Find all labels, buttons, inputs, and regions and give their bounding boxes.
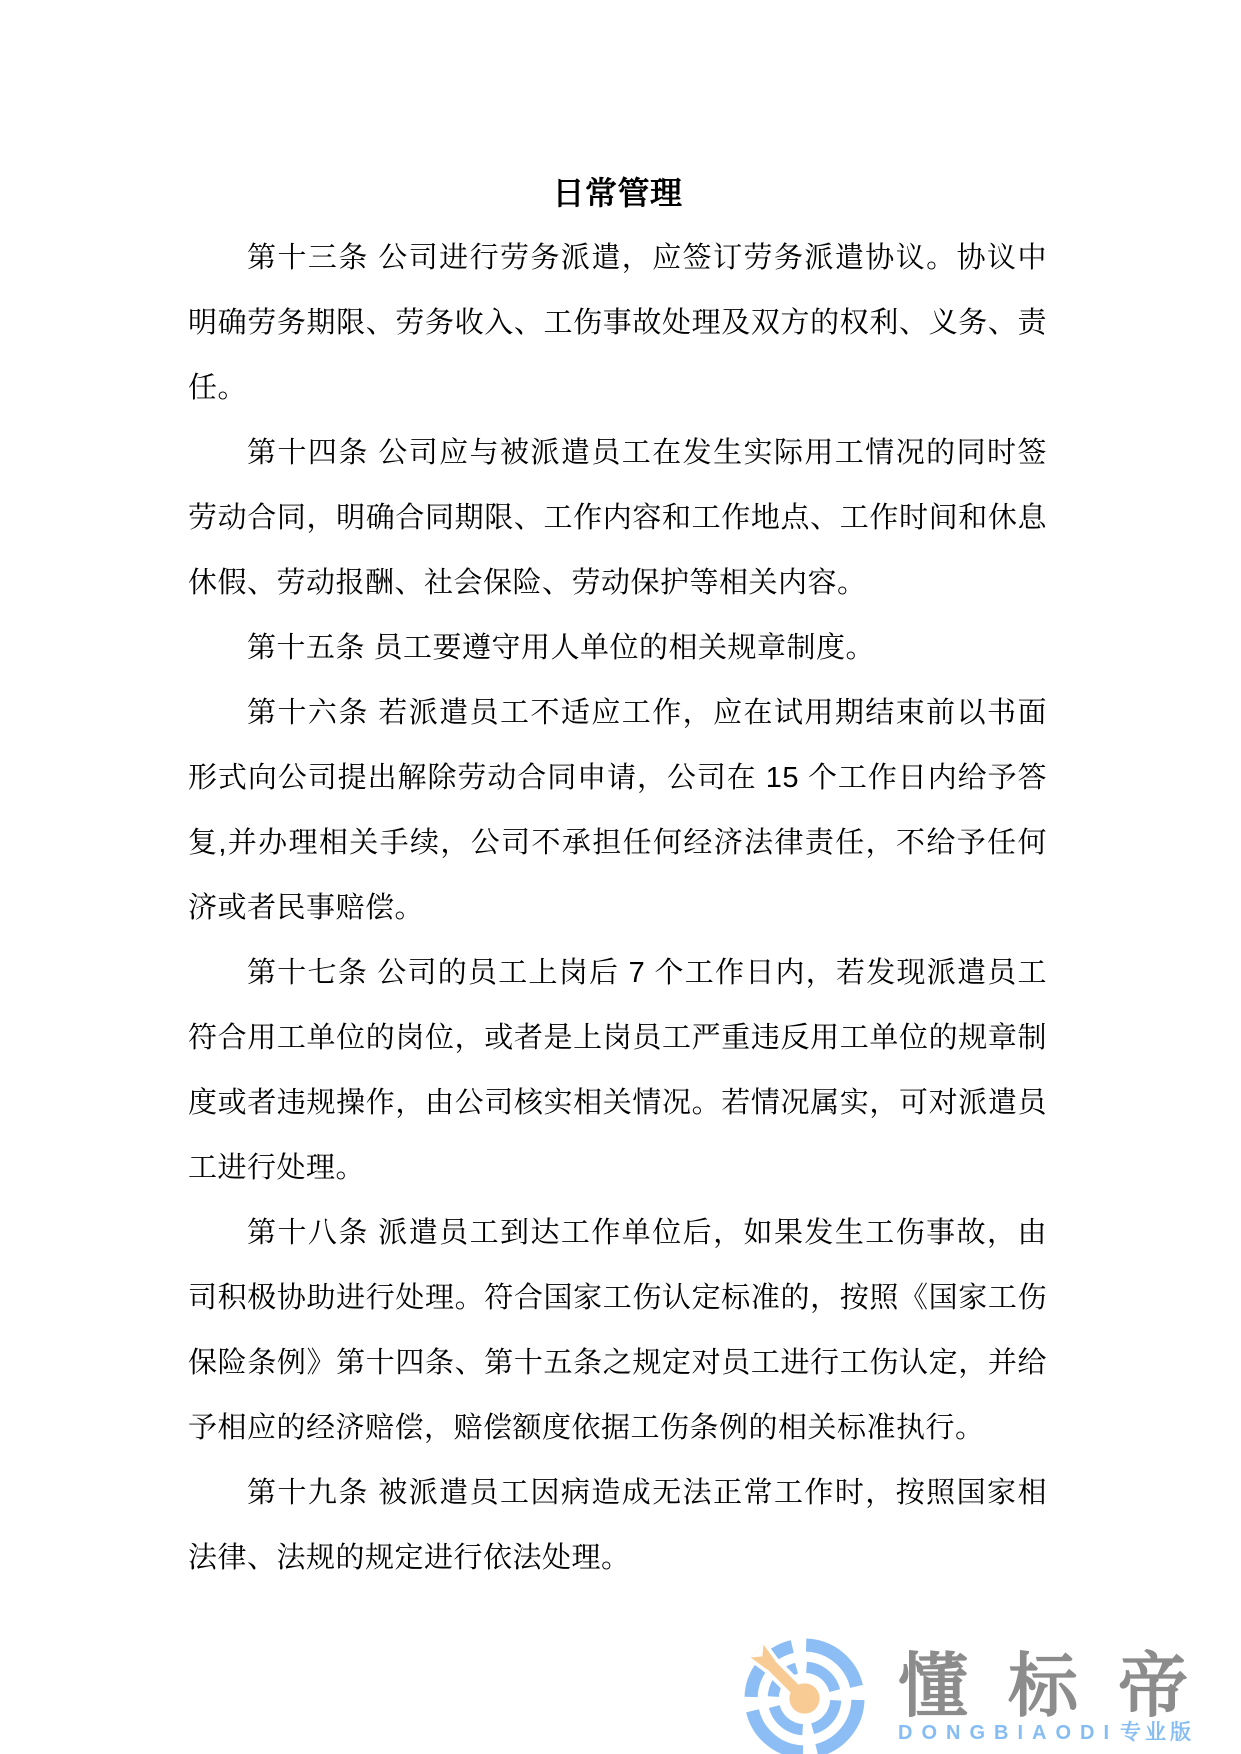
- article-line: 符合用工单位的岗位，或者是上岗员工严重违反用工单位的规章制: [188, 1006, 1047, 1071]
- article-line: 保险条例》第十四条、第十五条之规定对员工进行工伤认定，并给: [188, 1331, 1047, 1396]
- article-line: 任。: [188, 356, 1047, 421]
- document-page: 日常管理 第十三条 公司进行劳务派遣，应签订劳务派遣协议。协议中应明确劳务期限、…: [0, 0, 1241, 1754]
- watermark-edition: 专业版: [1120, 1722, 1195, 1744]
- article-line: 明确劳务期限、劳务收入、工伤事故处理及双方的权利、义务、责: [188, 291, 1047, 356]
- article-paragraph: 第十五条 员工要遵守用人单位的相关规章制度。: [188, 616, 1047, 681]
- watermark: 懂标帝 DONGBIAODI 专业版: [738, 1630, 1218, 1754]
- article-paragraph: 第十四条 公司应与被派遣员工在发生实际用工情况的同时签订劳动合同，明确合同期限、…: [188, 421, 1047, 616]
- watermark-brand-cn: 懂标帝: [898, 1650, 1228, 1722]
- article-line: 休假、劳动报酬、社会保险、劳动保护等相关内容。: [188, 551, 1047, 616]
- article-line: 形式向公司提出解除劳动合同申请，公司在 15 个工作日内给予答: [188, 746, 1047, 811]
- article-paragraph: 第十八条 派遣员工到达工作单位后，如果发生工伤事故，由公司积极协助进行处理。符合…: [188, 1201, 1047, 1461]
- article-line: 予相应的经济赔偿，赔偿额度依据工伤条例的相关标准执行。: [188, 1396, 1047, 1461]
- article-line: 工进行处理。: [188, 1136, 1047, 1201]
- article-paragraph: 第十七条 公司的员工上岗后 7 个工作日内，若发现派遣员工不符合用工单位的岗位，…: [188, 941, 1047, 1201]
- article-line: 劳动合同，明确合同期限、工作内容和工作地点、工作时间和休息: [188, 486, 1047, 551]
- article-line: 济或者民事赔偿。: [188, 876, 1047, 941]
- article-line: 第十六条 若派遣员工不适应工作，应在试用期结束前以书面的: [188, 681, 1047, 746]
- article-line: 第十三条 公司进行劳务派遣，应签订劳务派遣协议。协议中应: [188, 226, 1047, 291]
- article-line: 第十四条 公司应与被派遣员工在发生实际用工情况的同时签订: [188, 421, 1047, 486]
- article-line: 复,并办理相关手续，公司不承担任何经济法律责任，不给予任何经: [188, 811, 1047, 876]
- article-line: 法律、法规的规定进行依法处理。: [188, 1526, 1047, 1591]
- document-content: 日常管理 第十三条 公司进行劳务派遣，应签订劳务派遣协议。协议中应明确劳务期限、…: [188, 161, 1047, 1591]
- article-line: 司积极协助进行处理。符合国家工伤认定标准的，按照《国家工伤: [188, 1266, 1047, 1331]
- article-line: 度或者违规操作，由公司核实相关情况。若情况属实，可对派遣员: [188, 1071, 1047, 1136]
- article-line: 第十九条 被派遣员工因病造成无法正常工作时，按照国家相关: [188, 1461, 1047, 1526]
- article-line: 第十七条 公司的员工上岗后 7 个工作日内，若发现派遣员工不: [188, 941, 1047, 1006]
- article-paragraph: 第十九条 被派遣员工因病造成无法正常工作时，按照国家相关法律、法规的规定进行依法…: [188, 1461, 1047, 1591]
- article-paragraph: 第十六条 若派遣员工不适应工作，应在试用期结束前以书面的形式向公司提出解除劳动合…: [188, 681, 1047, 941]
- article-paragraph: 第十三条 公司进行劳务派遣，应签订劳务派遣协议。协议中应明确劳务期限、劳务收入、…: [188, 226, 1047, 421]
- article-line: 第十五条 员工要遵守用人单位的相关规章制度。: [188, 616, 1047, 681]
- watermark-subline: DONGBIAODI 专业版: [898, 1722, 1195, 1744]
- page-title: 日常管理: [188, 161, 1047, 226]
- article-line: 第十八条 派遣员工到达工作单位后，如果发生工伤事故，由公: [188, 1201, 1047, 1266]
- article-list: 第十三条 公司进行劳务派遣，应签订劳务派遣协议。协议中应明确劳务期限、劳务收入、…: [188, 226, 1047, 1591]
- target-dart-icon: [744, 1638, 865, 1754]
- watermark-brand-en: DONGBIAODI: [898, 1722, 1118, 1744]
